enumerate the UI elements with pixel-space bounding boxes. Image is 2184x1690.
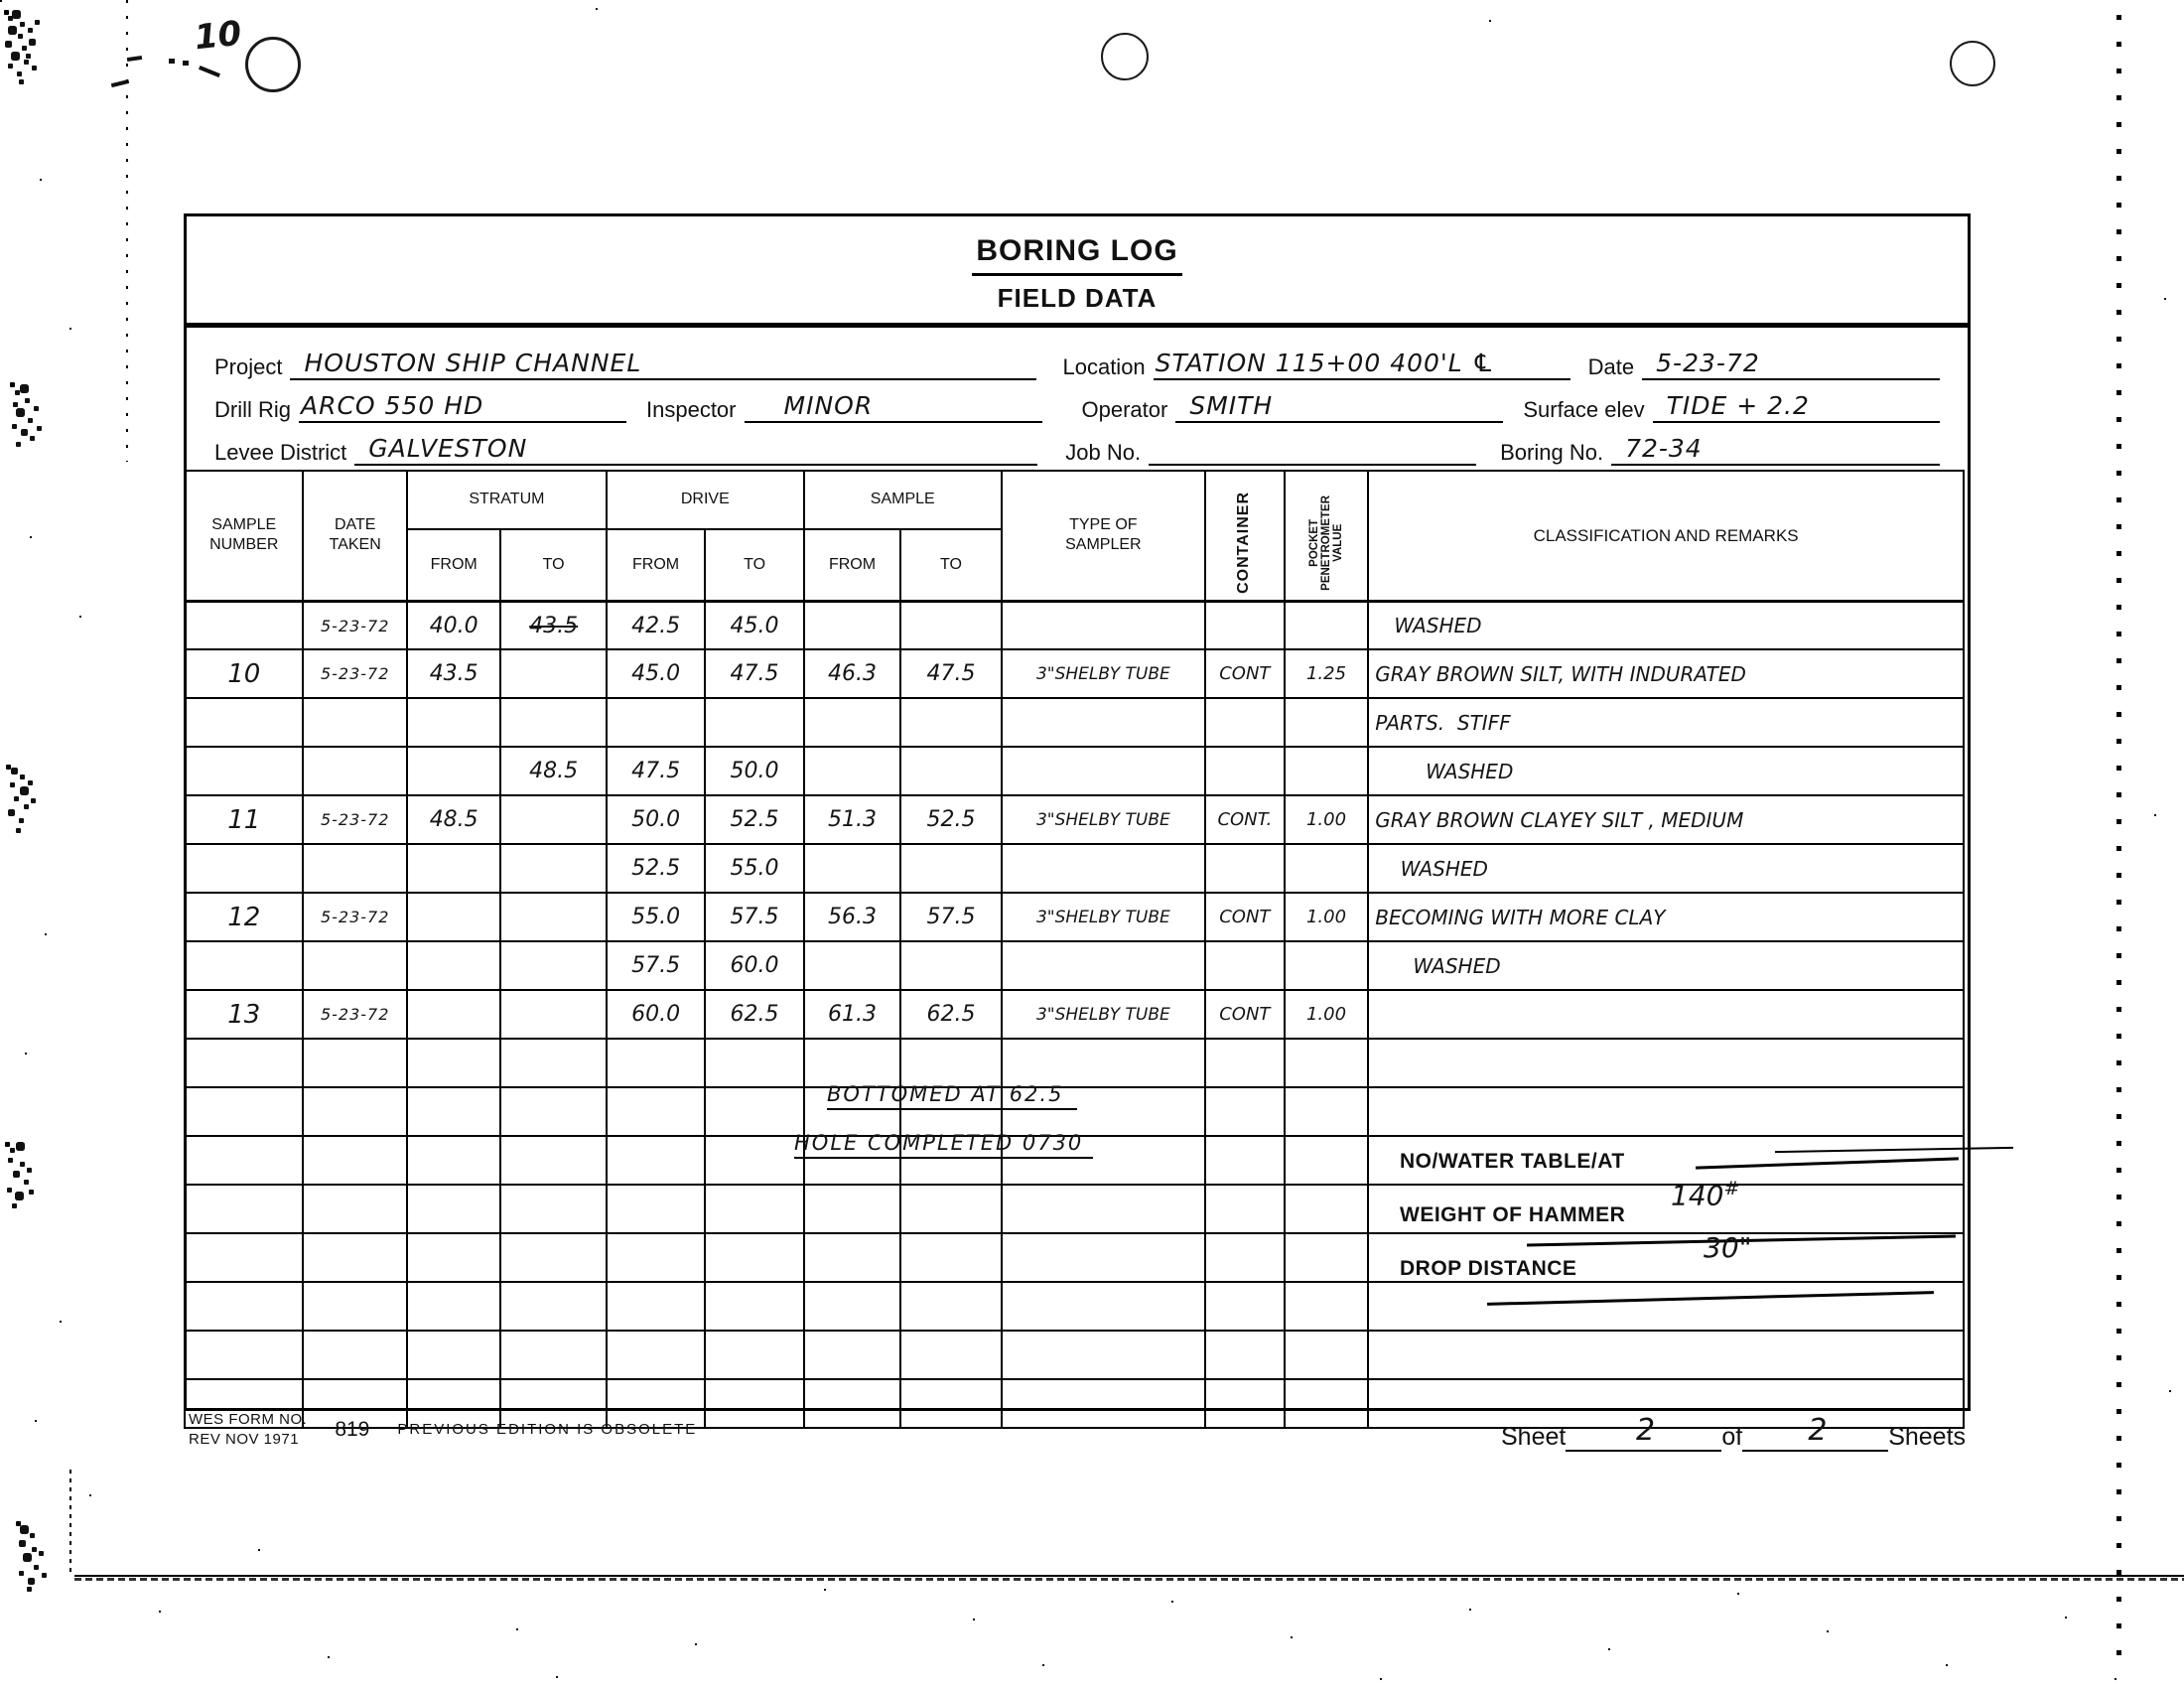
cell-drive_to: [705, 1331, 803, 1379]
inspector-label: Inspector: [626, 397, 745, 423]
cell-sample_number: [185, 747, 303, 795]
header-line-3: Levee District GALVESTON Job No. Boring …: [214, 423, 1940, 466]
cell-sample_from: [804, 601, 900, 649]
cell-date_taken: 5-23-72: [303, 601, 406, 649]
cell-date_taken: [303, 698, 406, 747]
cell-pp: [1285, 1379, 1369, 1428]
cell-sample_number: [185, 601, 303, 649]
cell-pp: [1285, 1039, 1369, 1087]
cell-pp: [1285, 1233, 1369, 1282]
cell-stratum_to: [500, 649, 606, 698]
drill-rig-label: Drill Rig: [214, 397, 299, 423]
cell-stratum_from: [407, 844, 501, 893]
cell-drive_to: 55.0: [705, 844, 803, 893]
pen-mark: [169, 59, 175, 64]
cell-drive_to: 45.0: [705, 601, 803, 649]
col-drive: DRIVE: [607, 471, 804, 529]
cell-remarks: WASHED: [1368, 747, 1964, 795]
cell-remarks: BECOMING WITH MORE CLAY: [1368, 893, 1964, 941]
col-stratum-from: FROM: [407, 529, 501, 602]
cell-stratum_from: [407, 1282, 501, 1331]
scan-speckle: [6, 765, 11, 770]
cell-stratum_to: [500, 844, 606, 893]
operator-label: Operator: [1042, 397, 1176, 423]
cell-drive_to: [705, 1233, 803, 1282]
cell-drive_to: 47.5: [705, 649, 803, 698]
cell-date_taken: 5-23-72: [303, 649, 406, 698]
cell-sample_to: [900, 1379, 1001, 1428]
job-no-label: Job No.: [1037, 440, 1149, 466]
cell-drive_to: [705, 1087, 803, 1136]
cell-date_taken: 5-23-72: [303, 990, 406, 1039]
hole-punch-icon: [245, 37, 301, 92]
levee-district-label: Levee District: [214, 440, 354, 466]
cell-sample_from: [804, 1379, 900, 1428]
bottomed-note: BOTTOMED AT 62.5: [827, 1082, 1077, 1110]
cell-pp: 1.00: [1285, 990, 1369, 1039]
cell-drive_to: [705, 1136, 803, 1185]
cell-pp: [1285, 698, 1369, 747]
cell-container: [1205, 1379, 1285, 1428]
cell-date_taken: [303, 844, 406, 893]
scan-speckle: [4, 10, 9, 15]
cell-drive_from: [607, 1039, 705, 1087]
cell-stratum_from: [407, 941, 501, 990]
cell-date_taken: 5-23-72: [303, 893, 406, 941]
cell-container: [1205, 747, 1285, 795]
cell-stratum_from: 40.0: [407, 601, 501, 649]
sheet-count-block: Sheet 2 of 2 Sheets: [1501, 1410, 1966, 1452]
scan-speckle: [16, 1521, 21, 1526]
cell-drive_to: [705, 1185, 803, 1233]
cell-stratum_from: [407, 1185, 501, 1233]
cell-stratum_from: [407, 1331, 501, 1379]
col-sample-number: SAMPLE NUMBER: [185, 471, 303, 601]
sheet-total-field: 2: [1742, 1410, 1888, 1452]
table-body: 5-23-7240.043.542.545.0 WASHED105-23-724…: [185, 601, 1964, 1428]
cell-sample_from: 56.3: [804, 893, 900, 941]
cell-stratum_to: 48.5: [500, 747, 606, 795]
col-sampler: TYPE OF SAMPLER: [1002, 471, 1205, 601]
cell-sample_to: [900, 1185, 1001, 1233]
cell-stratum_to: [500, 1185, 606, 1233]
wes-form-label: WES FORM NO. REV NOV 1971: [189, 1410, 307, 1449]
cell-remarks: PARTS. STIFF: [1368, 698, 1964, 747]
cell-pp: [1285, 1185, 1369, 1233]
cell-drive_to: [705, 1039, 803, 1087]
cell-date_taken: [303, 1233, 406, 1282]
cell-remarks: [1368, 1282, 1964, 1331]
cell-drive_from: [607, 1185, 705, 1233]
cell-sample_number: 13: [185, 990, 303, 1039]
cell-drive_from: 50.0: [607, 795, 705, 844]
cell-drive_from: 47.5: [607, 747, 705, 795]
cell-container: [1205, 941, 1285, 990]
scan-speckle: [5, 1142, 10, 1147]
cell-date_taken: [303, 1282, 406, 1331]
cell-drive_from: 42.5: [607, 601, 705, 649]
cell-sample_number: 11: [185, 795, 303, 844]
cell-sample_number: [185, 1233, 303, 1282]
pen-mark: [199, 66, 220, 77]
col-stratum: STRATUM: [407, 471, 607, 529]
levee-district-field: GALVESTON: [354, 421, 1037, 466]
table-row: PARTS. STIFF: [185, 698, 1964, 747]
cell-sample_number: [185, 1087, 303, 1136]
table-row: 105-23-7243.545.047.546.347.53"SHELBY TU…: [185, 649, 1964, 698]
cell-pp: [1285, 601, 1369, 649]
cell-drive_to: 57.5: [705, 893, 803, 941]
of-label: of: [1721, 1423, 1742, 1452]
cell-stratum_to: [500, 1233, 606, 1282]
cell-drive_to: 62.5: [705, 990, 803, 1039]
table-row: 48.547.550.0 WASHED: [185, 747, 1964, 795]
surface-elev-field: TIDE + 2.2: [1653, 378, 1940, 423]
perforation-dots: [126, 0, 128, 462]
cell-remarks: GRAY BROWN CLAYEY SILT , MEDIUM: [1368, 795, 1964, 844]
cell-container: CONT.: [1205, 795, 1285, 844]
cell-sampler: [1002, 941, 1205, 990]
cell-remarks: WASHED: [1368, 941, 1964, 990]
cell-date_taken: [303, 1136, 406, 1185]
cell-date_taken: [303, 1039, 406, 1087]
cell-stratum_to: [500, 795, 606, 844]
col-sample: SAMPLE: [804, 471, 1002, 529]
cell-drive_from: 57.5: [607, 941, 705, 990]
cell-sample_from: [804, 941, 900, 990]
cell-sampler: 3"SHELBY TUBE: [1002, 649, 1205, 698]
cell-sample_from: 46.3: [804, 649, 900, 698]
cell-drive_to: 50.0: [705, 747, 803, 795]
table-row: 52.555.0 WASHED: [185, 844, 1964, 893]
cell-sample_to: [900, 1282, 1001, 1331]
col-drive-to: TO: [705, 529, 803, 602]
cell-drive_from: [607, 1282, 705, 1331]
cell-container: [1205, 698, 1285, 747]
header-line-2: Drill Rig ARCO 550 HD Inspector MINOR Op…: [214, 380, 1940, 423]
cell-container: [1205, 1087, 1285, 1136]
cell-drive_from: 52.5: [607, 844, 705, 893]
table-row: [185, 1331, 1964, 1379]
cell-date_taken: [303, 747, 406, 795]
cell-date_taken: [303, 1331, 406, 1379]
paper-edge: [74, 1575, 2184, 1577]
cell-sample_from: [804, 698, 900, 747]
cell-stratum_to: [500, 698, 606, 747]
perforation-dots: [2116, 15, 2121, 1675]
cell-container: [1205, 1233, 1285, 1282]
cell-pp: [1285, 1136, 1369, 1185]
project-field: HOUSTON SHIP CHANNEL: [290, 336, 1036, 380]
cell-drive_from: [607, 1136, 705, 1185]
cell-sample_to: [900, 601, 1001, 649]
cell-sample_from: [804, 1185, 900, 1233]
cell-pp: 1.00: [1285, 795, 1369, 844]
cell-drive_from: 55.0: [607, 893, 705, 941]
col-drive-from: FROM: [607, 529, 705, 602]
scan-noise: [0, 0, 2, 2]
paper-edge: [74, 1578, 2184, 1581]
hole-completed-note: HOLE COMPLETED 0730: [794, 1131, 1093, 1159]
cell-remarks: GRAY BROWN SILT, WITH INDURATED: [1368, 649, 1964, 698]
project-label: Project: [214, 354, 290, 380]
col-date-taken: DATE TAKEN: [303, 471, 406, 601]
cell-date_taken: 5-23-72: [303, 795, 406, 844]
cell-stratum_to: [500, 1087, 606, 1136]
table-row: [185, 1282, 1964, 1331]
cell-sample_to: [900, 941, 1001, 990]
cell-drive_to: [705, 1379, 803, 1428]
cell-sample_to: [900, 698, 1001, 747]
cell-drive_from: 45.0: [607, 649, 705, 698]
cell-sample_to: [900, 1039, 1001, 1087]
cell-stratum_from: [407, 1039, 501, 1087]
cell-pp: [1285, 844, 1369, 893]
cell-container: [1205, 844, 1285, 893]
table-row: [185, 1039, 1964, 1087]
cell-remarks: [1368, 1039, 1964, 1087]
location-label: Location: [1036, 354, 1153, 380]
cell-sample_number: [185, 1185, 303, 1233]
cell-sample_to: [900, 747, 1001, 795]
boring-log-table: SAMPLE NUMBER DATE TAKEN STRATUM DRIVE S…: [184, 470, 1965, 1429]
col-sample-from: FROM: [804, 529, 900, 602]
boring-no-label: Boring No.: [1476, 440, 1611, 466]
paper-edge: [69, 1470, 71, 1577]
cell-drive_from: 60.0: [607, 990, 705, 1039]
cell-sample_from: [804, 1039, 900, 1087]
table-header: SAMPLE NUMBER DATE TAKEN STRATUM DRIVE S…: [185, 471, 1964, 601]
table-row: 115-23-7248.550.052.551.352.53"SHELBY TU…: [185, 795, 1964, 844]
pen-scribble: 10: [193, 14, 243, 59]
cell-stratum_from: [407, 698, 501, 747]
cell-pp: 1.00: [1285, 893, 1369, 941]
cell-stratum_to: [500, 941, 606, 990]
form-subtitle: FIELD DATA: [187, 283, 1968, 314]
cell-sample_to: 57.5: [900, 893, 1001, 941]
cell-stratum_from: 43.5: [407, 649, 501, 698]
cell-container: [1205, 601, 1285, 649]
date-field: 5-23-72: [1642, 336, 1940, 380]
form-header-fields: Project HOUSTON SHIP CHANNEL Location ST…: [187, 328, 1968, 470]
cell-date_taken: [303, 941, 406, 990]
cell-sample_from: [804, 1233, 900, 1282]
drop-distance-label: DROP DISTANCE: [1400, 1257, 1576, 1281]
cell-sample_from: [804, 844, 900, 893]
table-row: 125-23-7255.057.556.357.53"SHELBY TUBECO…: [185, 893, 1964, 941]
cell-sample_number: [185, 1282, 303, 1331]
cell-container: CONT: [1205, 649, 1285, 698]
cell-stratum_to: [500, 1039, 606, 1087]
sheet-number-field: 2: [1566, 1410, 1721, 1452]
hole-punch-icon: [1101, 33, 1149, 80]
cell-sampler: [1002, 747, 1205, 795]
cell-remarks: WASHED: [1368, 844, 1964, 893]
cell-sample_to: [900, 844, 1001, 893]
cell-drive_from: [607, 1233, 705, 1282]
cell-sampler: [1002, 1039, 1205, 1087]
boring-log-form: BORING LOG FIELD DATA Project HOUSTON SH…: [184, 213, 1971, 1411]
cell-drive_to: [705, 698, 803, 747]
cell-stratum_from: [407, 1136, 501, 1185]
weight-of-hammer-value: 140#: [1671, 1178, 1739, 1211]
cell-sample_number: [185, 844, 303, 893]
cell-stratum_from: [407, 747, 501, 795]
cell-pp: [1285, 941, 1369, 990]
form-number-block: WES FORM NO. REV NOV 1971 819 PREVIOUS E…: [189, 1410, 697, 1449]
cell-sampler: [1002, 844, 1205, 893]
cell-stratum_from: [407, 1233, 501, 1282]
weight-of-hammer-label: WEIGHT OF HAMMER: [1400, 1203, 1625, 1227]
date-label: Date: [1570, 354, 1642, 380]
cell-container: [1205, 1282, 1285, 1331]
cell-sample_to: 62.5: [900, 990, 1001, 1039]
sheets-label: Sheets: [1888, 1423, 1966, 1452]
cell-sample_number: [185, 698, 303, 747]
cell-sampler: [1002, 1282, 1205, 1331]
cell-stratum_from: [407, 893, 501, 941]
operator-field: SMITH: [1175, 378, 1503, 423]
cell-date_taken: [303, 1185, 406, 1233]
cell-drive_to: [705, 1282, 803, 1331]
cell-sample_number: [185, 1136, 303, 1185]
cell-container: [1205, 1039, 1285, 1087]
cell-sampler: [1002, 1185, 1205, 1233]
pen-mark: [127, 56, 142, 62]
table-row: 5-23-7240.043.542.545.0 WASHED: [185, 601, 1964, 649]
cell-sampler: [1002, 698, 1205, 747]
cell-sampler: 3"SHELBY TUBE: [1002, 795, 1205, 844]
cell-sample_to: [900, 1233, 1001, 1282]
job-no-field: [1149, 421, 1476, 466]
col-remarks: CLASSIFICATION AND REMARKS: [1368, 471, 1964, 601]
cell-sample_number: [185, 1331, 303, 1379]
cell-sample_to: 52.5: [900, 795, 1001, 844]
cell-stratum_from: 48.5: [407, 795, 501, 844]
cell-remarks: [1368, 1087, 1964, 1136]
location-field: STATION 115+00 400'L ℄: [1154, 336, 1570, 380]
cell-sample_to: 47.5: [900, 649, 1001, 698]
table-row: 57.560.0 WASHED: [185, 941, 1964, 990]
form-title: BORING LOG: [972, 234, 1181, 276]
cell-pp: [1285, 1331, 1369, 1379]
header-line-1: Project HOUSTON SHIP CHANNEL Location ST…: [214, 338, 1940, 380]
cell-remarks: [1368, 1331, 1964, 1379]
inspector-field: MINOR: [745, 378, 1042, 423]
cell-sampler: [1002, 1233, 1205, 1282]
obsolete-note: PREVIOUS EDITION IS OBSOLETE: [397, 1421, 697, 1438]
cell-sample_number: 12: [185, 893, 303, 941]
cell-drive_from: [607, 698, 705, 747]
cell-sample_number: 10: [185, 649, 303, 698]
cell-drive_to: 52.5: [705, 795, 803, 844]
cell-stratum_to: 43.5: [500, 601, 606, 649]
cell-drive_from: [607, 1087, 705, 1136]
col-sample-to: TO: [900, 529, 1001, 602]
col-container: CONTAINER: [1205, 471, 1285, 601]
cell-pp: [1285, 1282, 1369, 1331]
cell-sample_number: [185, 941, 303, 990]
cell-sampler: [1002, 1331, 1205, 1379]
form-title-section: BORING LOG FIELD DATA: [187, 216, 1968, 328]
sheet-label: Sheet: [1501, 1423, 1566, 1452]
scan-speckle: [10, 382, 15, 387]
cell-sample_from: [804, 747, 900, 795]
cell-container: [1205, 1331, 1285, 1379]
cell-sample_from: 51.3: [804, 795, 900, 844]
table-row: 135-23-7260.062.561.362.53"SHELBY TUBECO…: [185, 990, 1964, 1039]
boring-no-field: 72-34: [1611, 421, 1940, 466]
form-number: 819: [335, 1418, 369, 1442]
pen-mark: [183, 61, 189, 66]
cell-sample_to: [900, 1331, 1001, 1379]
cell-stratum_from: [407, 990, 501, 1039]
drop-distance-value: 30": [1704, 1231, 1752, 1264]
cell-sampler: 3"SHELBY TUBE: [1002, 893, 1205, 941]
cell-sampler: [1002, 601, 1205, 649]
water-table-label: NO/WATER TABLE/AT: [1400, 1150, 1625, 1174]
col-pocket-penetrometer: POCKET PENETROMETER VALUE: [1285, 471, 1369, 601]
cell-stratum_to: [500, 990, 606, 1039]
drill-rig-field: ARCO 550 HD: [299, 378, 626, 423]
cell-sample_from: [804, 1331, 900, 1379]
cell-stratum_to: [500, 1282, 606, 1331]
cell-container: [1205, 1185, 1285, 1233]
cell-remarks: WASHED: [1368, 601, 1964, 649]
cell-pp: 1.25: [1285, 649, 1369, 698]
hole-punch-icon: [1950, 41, 1995, 86]
cell-drive_from: [607, 1331, 705, 1379]
cell-pp: [1285, 747, 1369, 795]
cell-sample_number: [185, 1039, 303, 1087]
cell-sample_from: [804, 1282, 900, 1331]
cell-stratum_to: [500, 1136, 606, 1185]
col-stratum-to: TO: [500, 529, 606, 602]
cell-date_taken: [303, 1087, 406, 1136]
cell-stratum_to: [500, 1331, 606, 1379]
cell-pp: [1285, 1087, 1369, 1136]
cell-sample_from: 61.3: [804, 990, 900, 1039]
cell-drive_to: 60.0: [705, 941, 803, 990]
cell-stratum_to: [500, 893, 606, 941]
cell-sampler: [1002, 1379, 1205, 1428]
cell-container: CONT: [1205, 990, 1285, 1039]
surface-elev-label: Surface elev: [1503, 397, 1652, 423]
scanned-boring-log-page: 10 BORING LOG FIELD DATA Project HOUSTON…: [0, 0, 2184, 1690]
cell-remarks: [1368, 990, 1964, 1039]
cell-container: [1205, 1136, 1285, 1185]
cell-container: CONT: [1205, 893, 1285, 941]
cell-stratum_from: [407, 1087, 501, 1136]
cell-sampler: 3"SHELBY TUBE: [1002, 990, 1205, 1039]
